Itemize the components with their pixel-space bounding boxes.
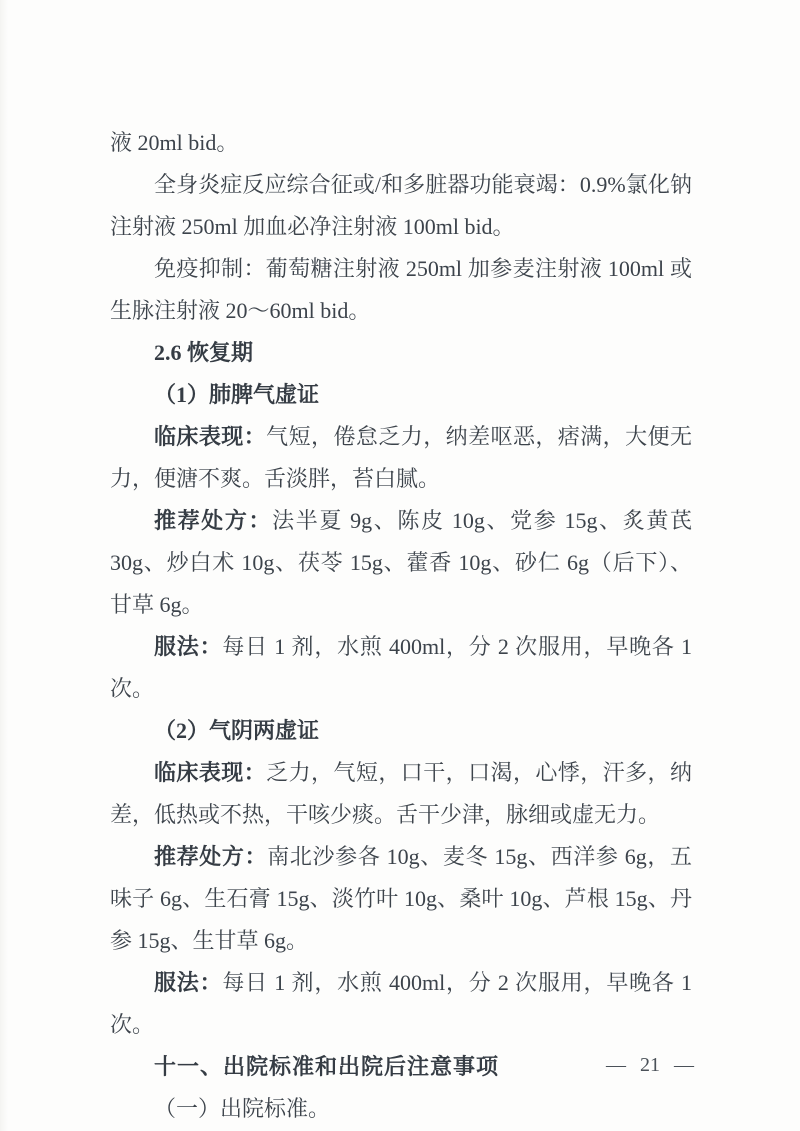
paragraph: 临床表现：气短，倦怠乏力，纳差呕恶，痞满，大便无力，便溏不爽。舌淡胖，苔白腻。 xyxy=(110,416,692,500)
paragraph: 推荐处方：南北沙参各 10g、麦冬 15g、西洋参 6g，五味子 6g、生石膏 … xyxy=(110,836,692,962)
paragraph: 全身炎症反应综合征或/和多脏器功能衰竭：0.9%氯化钠注射液 250ml 加血必… xyxy=(110,164,692,248)
paragraph-lead: 推荐处方： xyxy=(154,844,267,869)
paragraph: 液 20ml bid。 xyxy=(110,122,692,164)
paragraph: （一）出院标准。 xyxy=(110,1088,692,1130)
section-heading: 十一、出院标准和出院后注意事项 xyxy=(110,1046,692,1088)
page-footer: — 21 — xyxy=(606,1050,694,1080)
subheading: 2.6 恢复期 xyxy=(110,332,692,374)
paragraph: 服法：每日 1 剂，水煎 400ml，分 2 次服用，早晚各 1 次。 xyxy=(110,962,692,1046)
paragraph: 推荐处方：法半夏 9g、陈皮 10g、党参 15g、炙黄芪 30g、炒白术 10… xyxy=(110,500,692,626)
paragraph-lead: 服法： xyxy=(154,970,222,995)
paragraph: 临床表现：乏力，气短，口干，口渴，心悸，汗多，纳差，低热或不热，干咳少痰。舌干少… xyxy=(110,752,692,836)
subheading: （2）气阴两虚证 xyxy=(110,710,692,752)
paragraph-lead: 临床表现： xyxy=(154,424,266,449)
paragraph: 服法：每日 1 剂，水煎 400ml，分 2 次服用，早晚各 1 次。 xyxy=(110,626,692,710)
paragraph-lead: 服法： xyxy=(154,634,222,659)
paragraph: 免疫抑制：葡萄糖注射液 250ml 加参麦注射液 100ml 或生脉注射液 20… xyxy=(110,248,692,332)
paragraph-lead: 临床表现： xyxy=(154,760,266,785)
paragraph-lead: 推荐处方： xyxy=(154,508,272,533)
document-page: 液 20ml bid。全身炎症反应综合征或/和多脏器功能衰竭：0.9%氯化钠注射… xyxy=(0,0,800,1131)
footer-dash-left: — xyxy=(606,1050,626,1080)
footer-dash-right: — xyxy=(674,1050,694,1080)
page-number: 21 xyxy=(640,1050,660,1080)
subheading: （1）肺脾气虚证 xyxy=(110,374,692,416)
document-body: 液 20ml bid。全身炎症反应综合征或/和多脏器功能衰竭：0.9%氯化钠注射… xyxy=(110,122,692,1130)
